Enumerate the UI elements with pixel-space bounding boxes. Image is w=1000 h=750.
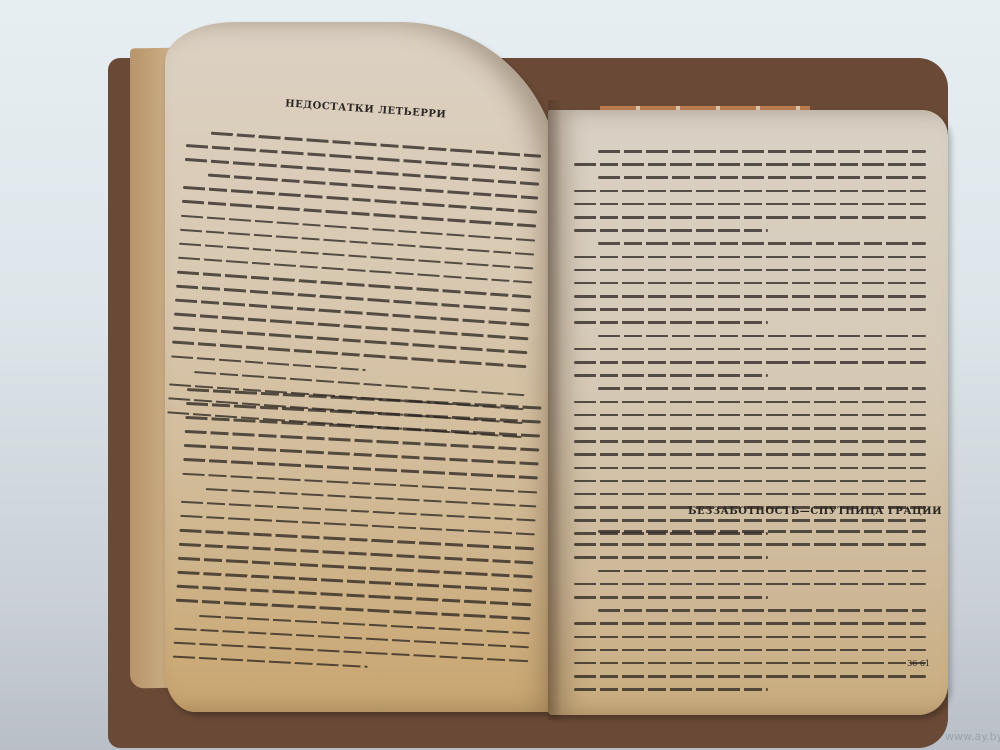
- section-subheading: БЕЗЗАБОТНОСТЬ—СПУТНИЦА ГРАЦИИ: [688, 506, 942, 517]
- open-book: НЕДОСТАТКИ ЛЕТЬЕРРИ 35: [0, 0, 1000, 750]
- chapter-heading: НЕДОСТАТКИ ЛЕТЬЕРРИ: [285, 98, 447, 120]
- watermark: www.ay.by: [945, 730, 1000, 743]
- left-page-text-lower: [172, 388, 541, 688]
- last-line: [574, 688, 768, 691]
- right-page-text: [574, 150, 926, 546]
- right-page-number: 36 61: [907, 659, 930, 668]
- right-page: БЕЗЗАБОТНОСТЬ—СПУТНИЦА ГРАЦИИ 36 61: [548, 110, 948, 715]
- left-page: НЕДОСТАТКИ ЛЕТЬЕРРИ 35: [165, 22, 560, 712]
- right-page-text-lower: [574, 530, 926, 701]
- book-gutter: [548, 100, 562, 720]
